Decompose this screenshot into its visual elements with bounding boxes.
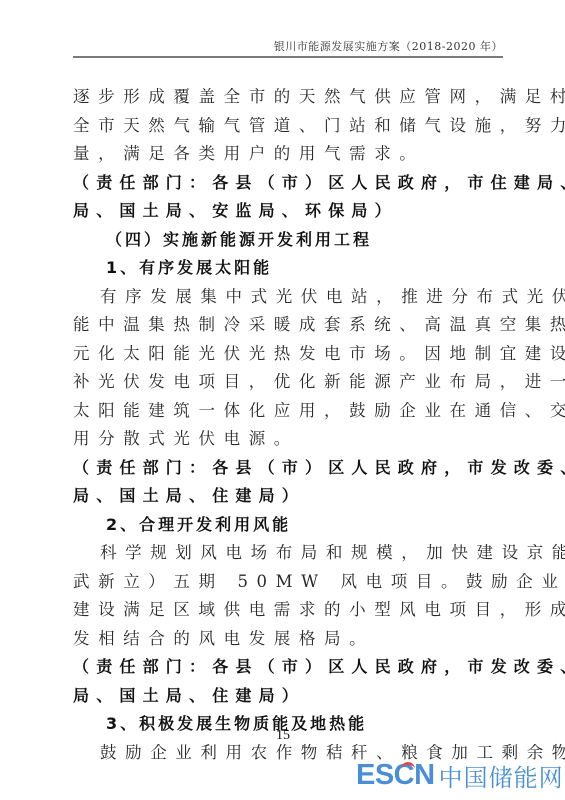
section-heading: （四）实施新能源开发利用工程 [73,226,507,255]
responsibility-line: （责任部门：各县（市）区人民政府，市住建局、发改委、规划 [73,169,507,198]
watermark-latin-text: ESCN [356,759,435,792]
paragraph-line: 用分散式光伏电源。 [73,425,507,454]
responsibility-line: 局、国土局、安监局、环保局） [73,197,507,226]
escn-watermark-logo: ESCN 中国储能网 [356,758,564,792]
paragraph-line: 有序发展集中式光伏电站，推进分布式光伏发电，开发太阳 [73,283,507,312]
responsibility-line: 局、国土局、住建局） [73,482,507,511]
page-number: 15 [276,728,290,744]
document-title: 银川市能源发展实施方案（2018-2020 年） [274,38,503,54]
subsection-heading: 2、合理开发利用风能 [73,511,507,540]
paragraph-line: 元化太阳能光伏光热发电市场。因地制宜建设农光互补、渔光互 [73,340,507,369]
paragraph-line: 逐步形成覆盖全市的天然气供应管网，满足村镇用气需求。完善 [73,83,507,112]
document-body: 逐步形成覆盖全市的天然气供应管网，满足村镇用气需求。完善 全市天然气输气管道、门… [73,83,507,767]
watermark-chinese-text: 中国储能网 [439,758,564,793]
paragraph-line: 补光伏发电项目，优化新能源产业布局，进一步推广太阳能集热、 [73,368,507,397]
responsibility-line: （责任部门：各县（市）区人民政府，市发改委、工信局、财政 [73,454,507,483]
paragraph-line: 太阳能建筑一体化应用，鼓励企业在通信、交通、照明等领域采 [73,397,507,426]
paragraph-line: 武新立）五期 50MW 风电项目。鼓励企业引进推广微风发电技术， [73,568,507,597]
responsibility-line: （责任部门：各县（市）区人民政府，市发改委、工信局、财政 [73,653,507,682]
paragraph-line: 量，满足各类用户的用气需求。 [73,140,507,169]
paragraph-line: 发相结合的风电发展格局。 [73,625,507,654]
paragraph-line: 能中温集热制冷采暖成套系统、高温真空集热成套系统，开拓多 [73,311,507,340]
subsection-heading: 1、有序发展太阳能 [73,254,507,283]
paragraph-line: 建设满足区域供电需求的小型风电项目，形成集中开发与分散开 [73,596,507,625]
paragraph-line: 全市天然气输气管道、门站和储气设施，努力争取气源、落实气 [73,112,507,141]
responsibility-line: 局、国土局、住建局） [73,682,507,711]
paragraph-line: 科学规划风电场布局和规模，加快建设京能宁东风电场（灵 [73,539,507,568]
page-header: 银川市能源发展实施方案（2018-2020 年） [73,36,503,58]
subsection-heading: 3、积极发展生物质能及地热能 [73,710,507,739]
